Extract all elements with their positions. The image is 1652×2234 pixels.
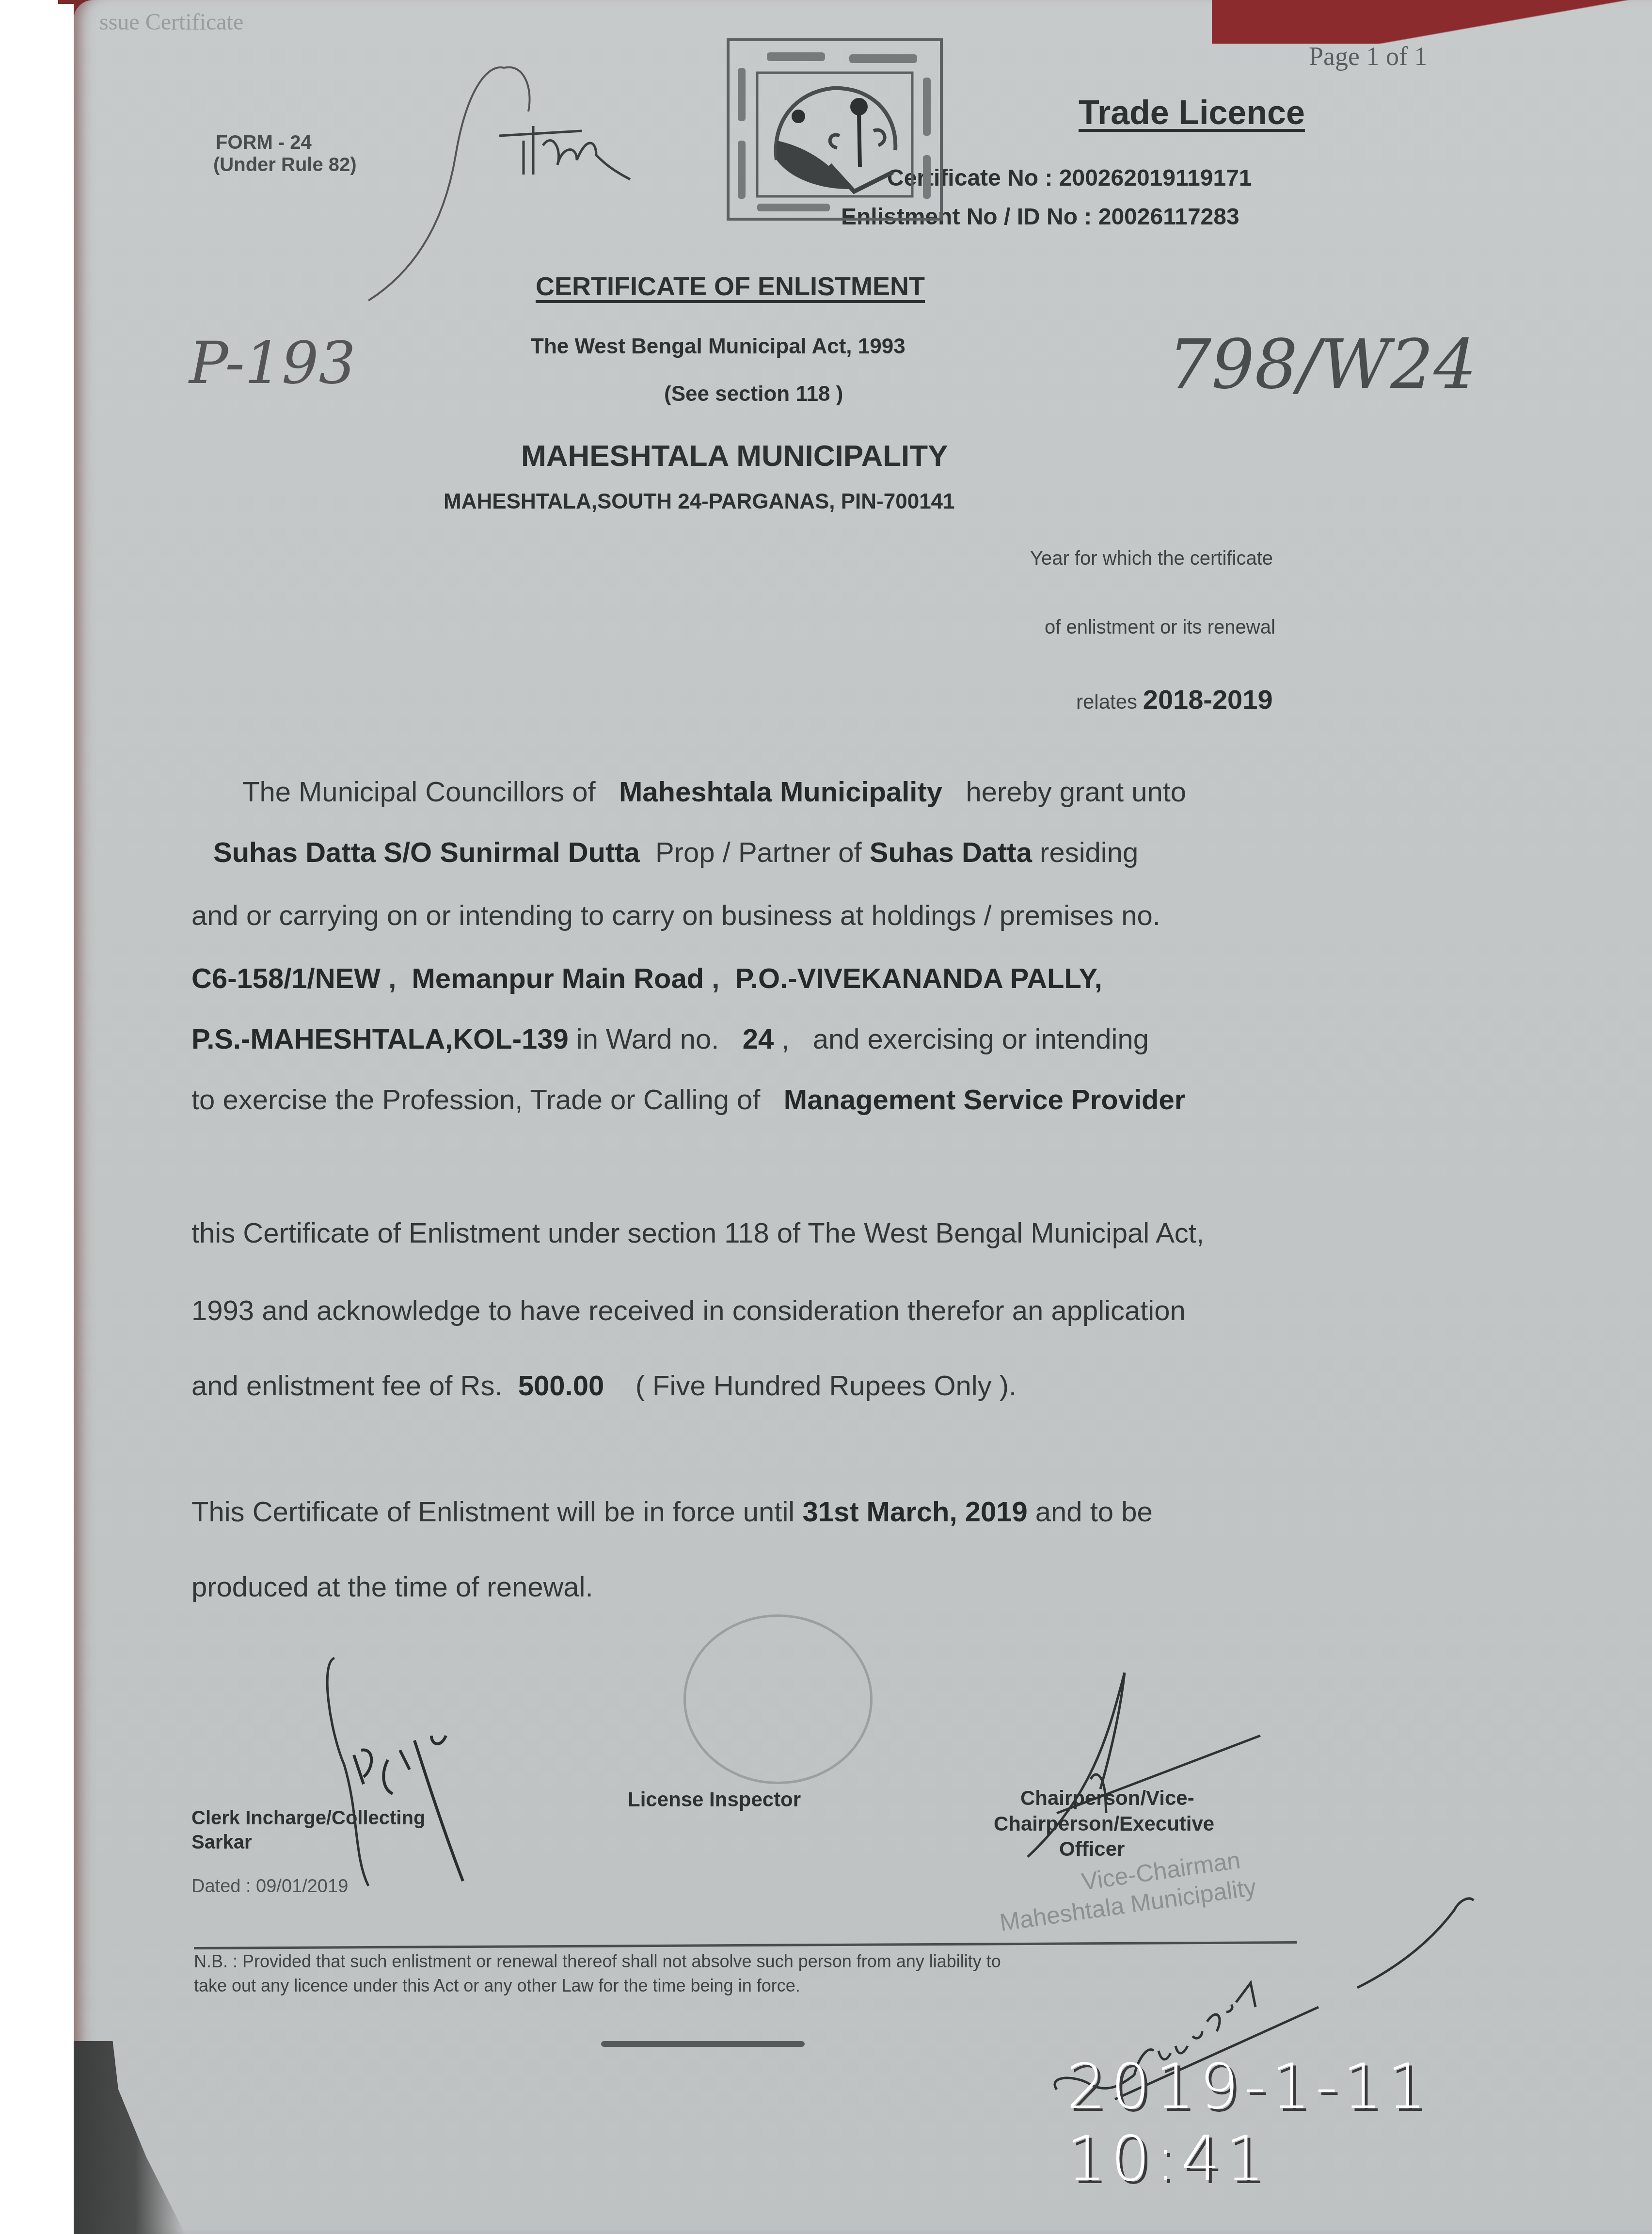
circular-seal-stamp <box>683 1614 873 1784</box>
body-line-9: and enlistment fee of Rs. 500.00 ( Five … <box>191 1370 1017 1402</box>
body-line-5: P.S.-MAHESHTALA,KOL-139 in Ward no. 24 ,… <box>191 1023 1149 1055</box>
ward-number: 24 <box>743 1023 774 1055</box>
body-line-1: The Municipal Councillors of Maheshtala … <box>242 776 1186 808</box>
dated: Dated : 09/01/2019 <box>191 1876 348 1897</box>
year-label-2: of enlistment or its renewal <box>1045 617 1275 638</box>
nb-line-1: N.B. : Provided that such enlistment or … <box>194 1951 1001 1972</box>
body-line-7: this Certificate of Enlistment under sec… <box>191 1217 1204 1249</box>
renewal-line: produced at the time of renewal. <box>191 1571 593 1603</box>
municipality-address: MAHESHTALA,SOUTH 24-PARGANAS, PIN-700141 <box>444 490 955 514</box>
mark-line <box>601 2041 805 2047</box>
trade-name: Management Service Provider <box>784 1084 1185 1116</box>
clerk-label-1: Clerk Incharge/Collecting <box>191 1807 425 1829</box>
certificate-heading: CERTIFICATE OF ENLISTMENT <box>536 271 925 302</box>
section-reference: (See section 118 ) <box>664 382 843 406</box>
valid-until-date: 31st March, 2019 <box>802 1496 1027 1528</box>
holding-number: C6-158/1/NEW <box>191 963 381 994</box>
photo-margin-left <box>0 4 74 2234</box>
body-line-4: C6-158/1/NEW , Memanpur Main Road , P.O.… <box>191 962 1102 995</box>
enlistment-number-value: 20026117283 <box>1098 204 1239 230</box>
validity-line: This Certificate of Enlistment will be i… <box>191 1496 1153 1528</box>
post-office: P.O.-VIVEKANANDA PALLY, <box>735 963 1102 994</box>
police-station: P.S.-MAHESHTALA,KOL-139 <box>191 1023 569 1055</box>
svg-text:798/W24: 798/W24 <box>1168 325 1477 404</box>
chair-label-1: Chairperson/Vice- <box>1020 1787 1194 1810</box>
municipality-name: MAHESHTALA MUNICIPALITY <box>521 439 948 473</box>
doc-type-title: Trade Licence <box>1079 93 1305 132</box>
chair-label-3: Officer <box>1059 1837 1125 1861</box>
nb-line-2: take out any licence under this Act or a… <box>194 1976 800 1996</box>
chair-label-2: Chairperson/Executive <box>994 1812 1214 1835</box>
act-reference: The West Bengal Municipal Act, 1993 <box>531 335 905 359</box>
municipality-emblem-icon <box>723 34 946 223</box>
handwritten-note-right: 798/W24 <box>1163 271 1454 434</box>
body-line-3: and or carrying on or intending to carry… <box>191 899 1160 932</box>
clerk-label-2: Sarkar <box>191 1832 252 1853</box>
page-indicator: Page 1 of 1 <box>1309 41 1427 71</box>
municipality-ref: Maheshtala Municipality <box>619 776 942 808</box>
background-cloth <box>1212 0 1652 44</box>
body-line-6: to exercise the Profession, Trade or Cal… <box>191 1084 1185 1116</box>
fee-amount: 500.00 <box>518 1370 604 1402</box>
camera-timestamp: 2019-1-11 10:41 <box>1066 2051 1652 2195</box>
form-rule: (Under Rule 82) <box>213 154 357 176</box>
handwritten-note-left: P-193 <box>184 315 359 424</box>
inspector-label: License Inspector <box>628 1788 801 1811</box>
clerk-signature-icon <box>315 1653 548 1908</box>
year-label-1: Year for which the certificate <box>1030 548 1273 570</box>
body-line-8: 1993 and acknowledge to have received in… <box>191 1294 1186 1327</box>
chairperson-signature-icon <box>994 1668 1285 1874</box>
year-row: relates 2018-2019 <box>1076 684 1273 715</box>
certificate-year: 2018-2019 <box>1143 684 1273 715</box>
road-name: Memanpur Main Road <box>412 963 704 994</box>
form-number: FORM - 24 <box>216 132 312 154</box>
bleed-through-text: ssue Certificate <box>99 9 243 35</box>
svg-text:P-193: P-193 <box>188 330 356 397</box>
year-label-3: relates <box>1076 690 1137 713</box>
grantee-name: Suhas Datta S/O Sunirmal Dutta <box>213 837 640 868</box>
certificate-number-value: 200262019119171 <box>1059 165 1252 191</box>
body-line-2: Suhas Datta S/O Sunirmal Dutta Prop / Pa… <box>213 836 1138 869</box>
business-name: Suhas Datta <box>870 837 1032 868</box>
fee-in-words: ( Five Hundred Rupees Only ). <box>635 1370 1017 1402</box>
